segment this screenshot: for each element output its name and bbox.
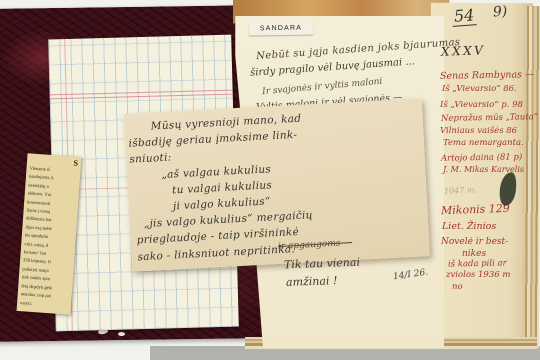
sandara-label: SANDARA (249, 21, 313, 35)
red-note-line: Iš „Vievarsio“ 86. (442, 84, 517, 94)
faint-pencil-note: 1047 m. (444, 185, 477, 195)
red-note-line: no (452, 282, 463, 292)
red-note-line: Liet. Žinios (442, 221, 496, 232)
red-note-line: nikes (462, 249, 486, 259)
red-note-line: Novelė ir best- (441, 237, 508, 247)
red-note-line: zviolos 1936 m (446, 270, 510, 280)
newspaper-clipping: S Viename iš naudojama, k nereikėtų n el… (17, 153, 82, 314)
red-note-line: Artojo daina (81 p) (441, 152, 522, 163)
page-number: 54 (451, 5, 477, 27)
scrapbook-photo: SANDARA S Viename iš naudojama, k nereik… (0, 0, 540, 360)
red-note-line: Vilniaus vaišės 86 (440, 126, 517, 136)
red-note-line: Nepražus mūs „Tauta“ (441, 112, 538, 124)
dedication-line: Tik tau vienai (284, 256, 360, 272)
page-number-suffix: 9) (492, 4, 507, 21)
red-note-line: Senas Rambynas — (440, 69, 535, 82)
red-note-line: Iš „Vievarsio“ p. 98 (440, 100, 523, 110)
chapter-numeral: XXXV (441, 43, 486, 59)
page-edges-right (522, 6, 540, 348)
dedication-line: amžinai ! (286, 274, 338, 289)
red-note-line: Mikonis 129 (441, 202, 510, 217)
red-note-line: iš kada pili ar (448, 258, 507, 269)
red-note-line: Tema nemarganta. (443, 138, 524, 148)
paper-speck (118, 332, 125, 336)
